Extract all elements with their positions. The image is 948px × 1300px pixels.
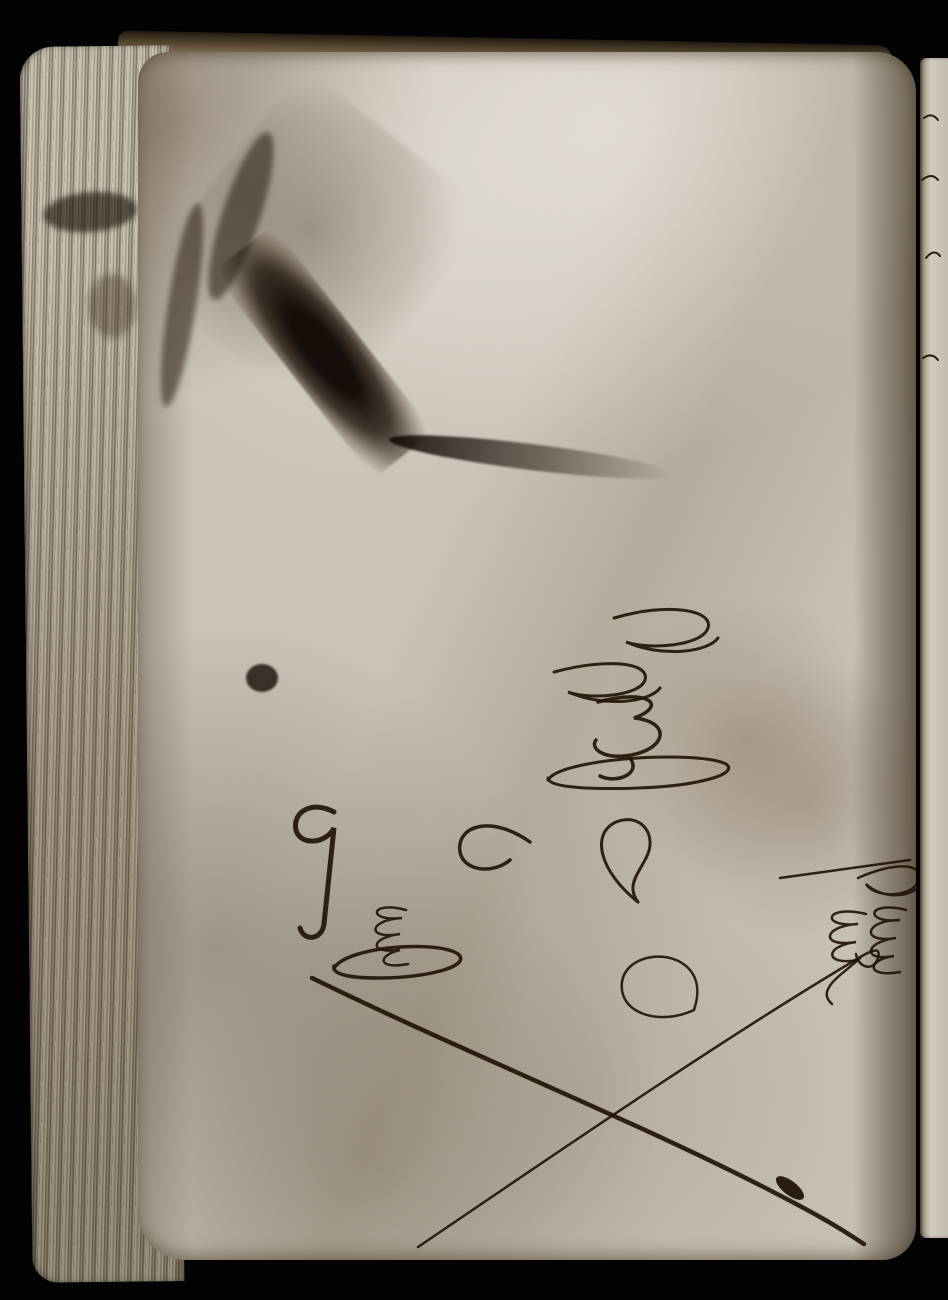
martin-initial-loop [460,826,530,869]
notary-paraph [295,807,334,937]
manuscript-page [138,52,916,1260]
fore-edge-ink-smudge [42,188,139,235]
fore-edge-stain [88,274,137,338]
facing-page-ink-marks [920,58,948,1238]
signature-flourishes [138,52,916,1260]
rubric-flourish-picabea [554,664,660,702]
leguia-strike-knot [780,860,916,895]
cross-stroke-b [418,950,879,1247]
flourish-oval-antonio [548,757,729,788]
rubric-flourish-ochoteco [614,609,718,651]
photograph-background [0,0,948,1300]
circle-loop [622,957,698,1017]
facing-page-sliver [920,58,948,1238]
leguia-heart-loop [602,820,651,902]
rubric-flourish-echarte [594,697,660,779]
cross-stroke-a [312,978,864,1244]
left-coil [375,907,408,965]
